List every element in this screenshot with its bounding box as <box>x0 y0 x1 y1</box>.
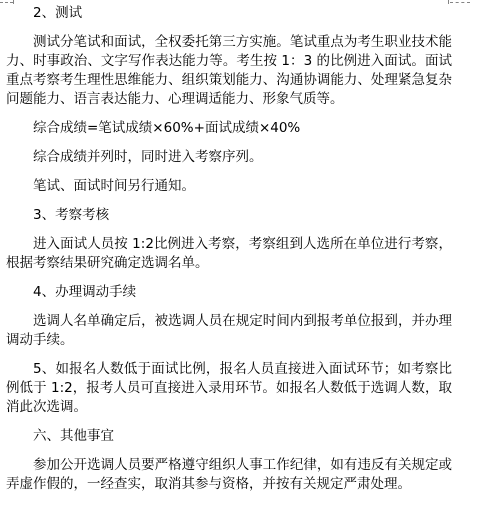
paragraph: 5、如报名人数低于面试比例，报名人员直接进入面试环节；如考察比例低于 1:2，报… <box>6 360 452 417</box>
paragraph: 3、考察考核 <box>6 206 452 225</box>
paragraph: 4、办理调动手续 <box>6 283 452 302</box>
paragraph: 2、测试 <box>6 4 452 23</box>
paragraph: 综合成绩并列时，同时进入考察序列。 <box>6 148 452 167</box>
document-page: 2、测试测试分笔试和面试，全权委托第三方实施。笔试重点为考生职业技术能力、时事政… <box>0 0 503 510</box>
paragraph: 笔试、面试时间另行通知。 <box>6 177 452 196</box>
paragraph: 综合成绩=笔试成绩×60%+面试成绩×40% <box>6 119 452 138</box>
paragraph: 测试分笔试和面试，全权委托第三方实施。笔试重点为考生职业技术能力、时事政治、文字… <box>6 33 452 109</box>
paragraph: 六、其他事宜 <box>6 427 452 446</box>
paragraph: 参加公开选调人员要严格遵守组织人事工作纪律，如有违反有关规定或弄虚作假的，一经查… <box>6 456 452 494</box>
paragraph: 选调人名单确定后，被选调人员在规定时间内到报考单位报到，并办理调动手续。 <box>6 312 452 350</box>
margin-dash-line <box>450 2 470 3</box>
paragraph: 进入面试人员按 1:2比例进入考察，考察组到人选所在单位进行考察，根据考察结果研… <box>6 235 452 273</box>
document-body: 2、测试测试分笔试和面试，全权委托第三方实施。笔试重点为考生职业技术能力、时事政… <box>6 4 452 504</box>
margin-dash-line <box>0 2 13 3</box>
